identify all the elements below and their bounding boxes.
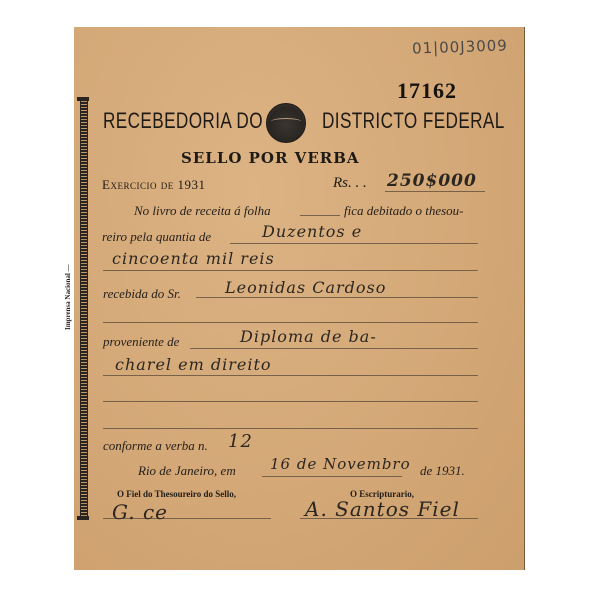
republic-seal-icon <box>266 103 306 143</box>
left-ornamental-border <box>80 99 88 518</box>
left-signature-label: O Fiel do Thesoureiro do Sello, <box>117 489 236 499</box>
origin-rule-1 <box>190 348 478 349</box>
line2-text: reiro pela quantia de <box>102 229 211 245</box>
verba-label: conforme a verba n. <box>103 438 208 454</box>
quantity-handwritten-2: cincoenta mil reis <box>112 249 275 268</box>
origin-label: proveniente de <box>103 334 179 350</box>
verba-handwritten: 12 <box>228 431 253 452</box>
amount-rule <box>385 191 485 192</box>
border-cap-bottom <box>77 516 89 520</box>
serial-number: 17162 <box>397 78 457 104</box>
received-from-rule <box>196 297 478 298</box>
origin-handwritten-1: Diploma de ba- <box>240 327 377 346</box>
quantity-handwritten-1: Duzentos e <box>262 222 362 241</box>
quantity-rule-2 <box>103 270 478 271</box>
folha-rule <box>300 215 340 216</box>
amount-value: 250$000 <box>387 171 477 191</box>
blank-rule-1 <box>103 322 478 323</box>
origin-rule-2 <box>103 375 478 376</box>
year-label: de 1931. <box>420 463 465 479</box>
line1-text: No livro de receita á folha <box>134 203 271 219</box>
right-signature: A. Santos Fiel <box>305 497 460 521</box>
blank-rule-3 <box>103 428 478 429</box>
received-from-label: recebida do Sr. <box>103 286 181 302</box>
date-rule <box>262 476 402 477</box>
exercicio-year: Exercicio de 1931 <box>102 177 205 193</box>
amount-label: Rs. . . <box>333 175 367 192</box>
subtitle: SELLO POR VERBA <box>181 149 360 167</box>
origin-handwritten-2: charel em direito <box>115 355 272 374</box>
received-from-handwritten: Leonidas Cardoso <box>225 278 386 297</box>
quantity-rule-1 <box>230 243 478 244</box>
place-date-label: Rio de Janeiro, em <box>138 463 236 479</box>
header-title-left: RECEBEDORIA DO <box>103 108 263 134</box>
blank-rule-2 <box>103 401 478 402</box>
printer-imprint: Imprensa Nacional — <box>64 264 72 330</box>
header-title-right: DISTRICTO FEDERAL <box>322 108 505 134</box>
border-cap-top <box>77 97 89 101</box>
line1b-text: fica debitado o thesou- <box>344 203 464 219</box>
archive-number: 01|00J3009 <box>412 36 508 57</box>
date-handwritten: 16 de Novembro <box>270 455 411 473</box>
left-signature: G. ce <box>112 500 168 524</box>
